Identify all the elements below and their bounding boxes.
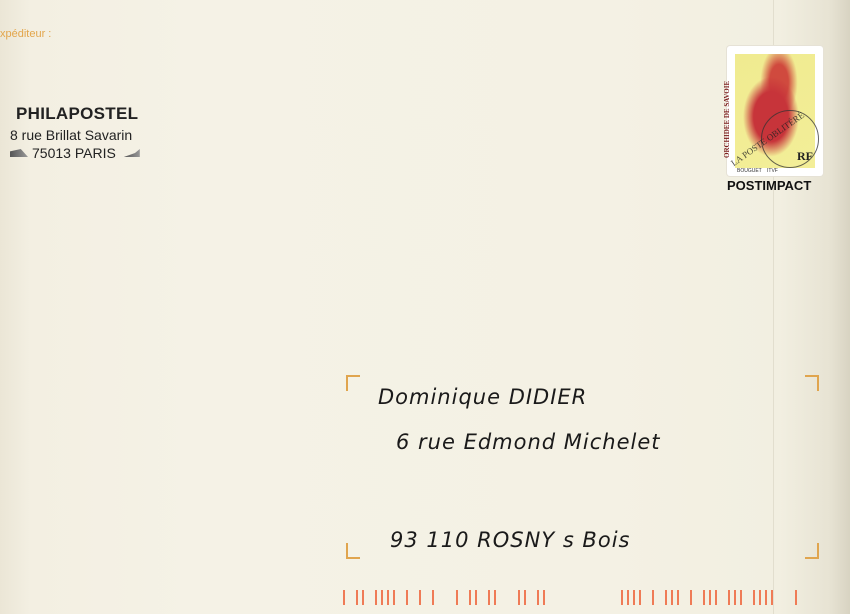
address-frame-corner	[346, 543, 360, 559]
recipient-street: 6 rue Edmond Michelet	[396, 430, 661, 454]
recipient-name: Dominique DIDIER	[378, 385, 587, 409]
address-frame-corner	[346, 375, 360, 391]
stamp-denomination: RF	[797, 149, 813, 164]
address-frame-corner	[805, 375, 819, 391]
address-frame-corner	[805, 543, 819, 559]
sender-street: 8 rue Brillat Savarin	[10, 127, 140, 143]
ink-smudge-icon	[10, 149, 28, 157]
stamp-title: ORCHIDEE DE SAVOIE	[723, 81, 731, 158]
ink-smudge-icon	[124, 149, 140, 157]
postal-barcode-right	[621, 590, 797, 605]
stamp-printer: ITVF	[767, 168, 778, 174]
stamp-brand: POSTIMPACT	[727, 178, 811, 193]
postal-barcode-left	[343, 590, 545, 605]
stamp-artist: BOUGUET	[737, 168, 762, 174]
sender-stamp: PHILAPOSTEL 8 rue Brillat Savarin 75013 …	[10, 104, 140, 161]
sender-city-row: 75013 PARIS	[10, 145, 140, 161]
recipient-city: 93 110 ROSNY s Bois	[390, 528, 630, 552]
sender-label: xpéditeur :	[0, 28, 51, 40]
sender-city: 75013 PARIS	[32, 145, 116, 161]
sender-name: PHILAPOSTEL	[16, 104, 140, 124]
postage-stamp: ORCHIDEE DE SAVOIE LA POSTE OBLITÉRÉ RF …	[727, 46, 823, 176]
